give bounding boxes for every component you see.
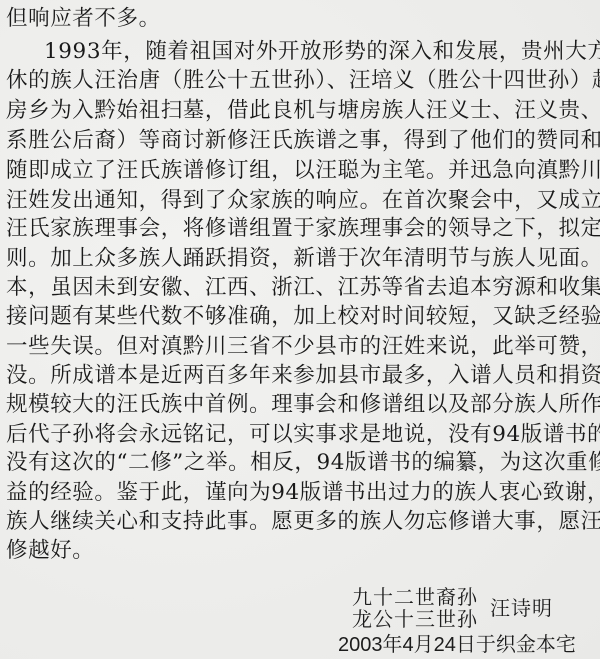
text-line: 没有这次的“二修”之举。相反，94版谱书的编纂，为这次重修提供了有	[6, 446, 600, 479]
text-line: 房乡为入黔始祖扫墓，借此良机与塘房族人汪义士、汪义贵、汪子君（均	[6, 94, 600, 127]
signature-title-line2: 龙公十三世孙	[352, 608, 478, 630]
text-line: 接问题有某些代数不够准确，加上校对时间较短，又缺乏经验，不免存在	[6, 300, 600, 333]
signature-date-place: 2003年4月24日于织金本宅	[338, 633, 576, 657]
text-line: 但响应者不多。	[6, 2, 161, 35]
text-line: 休的族人汪治唐（胜公十五世孙）、汪培义（胜公十四世孙）赴云南镇雄塘	[6, 64, 600, 97]
signature-title-line1: 九十二世裔孙	[352, 586, 478, 608]
signature-name: 汪诗明	[490, 597, 553, 619]
text-line: 族人继续关心和支持此事。愿更多的族人勿忘修谱大事，愿汪氏族谱越	[6, 505, 600, 538]
text-line: 修越好。	[6, 534, 94, 567]
text-line: 规模较大的汪氏族中首例。理事会和修谱组以及部分族人所作的贡献，	[6, 388, 600, 421]
text-line: 随即成立了汪氏族谱修订组，以汪聪为主笔。并迅急向滇黔川有关县市	[6, 154, 600, 187]
text-line: 汪氏家族理事会，将修谱组置于家族理事会的领导之下，拟定了修谱守	[6, 212, 600, 245]
text-line: 系胜公后裔）等商讨新修汪氏族谱之事，得到了他们的赞同和大力支持。	[6, 124, 600, 157]
